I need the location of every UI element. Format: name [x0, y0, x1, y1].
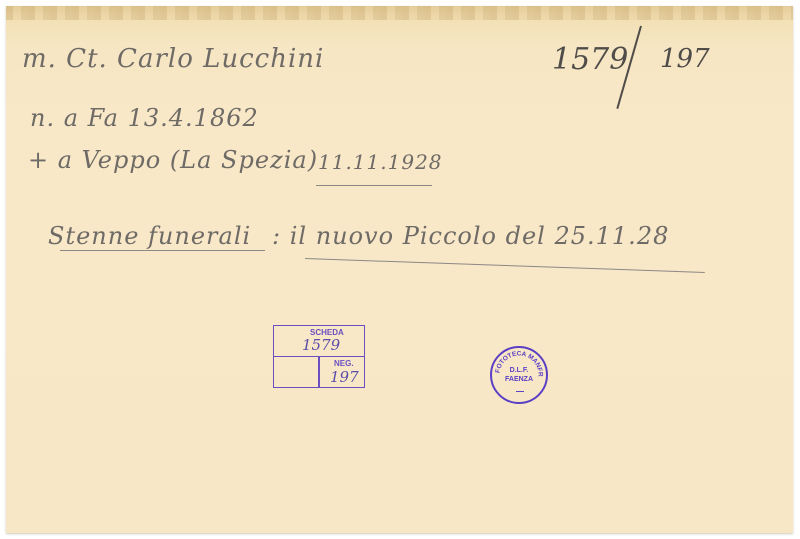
handwritten-name: m. Ct. Carlo Lucchini	[22, 44, 324, 74]
negative-number: 197	[660, 44, 710, 74]
seal-line2: FAENZA	[492, 376, 546, 383]
underline	[316, 185, 432, 186]
handwritten-death-place: + a Veppo (La Spezia)	[28, 146, 318, 174]
scheda-cell: SCHEDA 1579	[274, 326, 364, 357]
seal-dash	[516, 391, 524, 392]
handwritten-death-date: 11.11.1928	[318, 150, 443, 174]
neg-value: 197	[330, 368, 359, 386]
handwritten-birth: n. a Fa 13.4.1862	[30, 104, 259, 132]
fototeca-seal: FOTOTECA MANFREDIANA D.L.F. FAENZA	[490, 346, 548, 404]
seal-ring-text-icon: FOTOTECA MANFREDIANA	[492, 348, 546, 402]
scheda-value: 1579	[302, 336, 340, 354]
handwritten-note-source: : il nuovo Piccolo del 25.11.28	[272, 222, 669, 250]
handwritten-note-funeral: Stenne funerali	[48, 222, 251, 250]
seal-line1: D.L.F.	[492, 367, 546, 374]
stamp-divider	[318, 356, 320, 388]
document-card	[6, 6, 793, 533]
scheda-number: 1579	[552, 42, 628, 77]
archive-stamp-box: SCHEDA 1579 NEG. 197	[273, 325, 365, 388]
age-stain	[6, 6, 793, 20]
underline	[60, 250, 265, 251]
neg-label: NEG.	[334, 359, 354, 368]
